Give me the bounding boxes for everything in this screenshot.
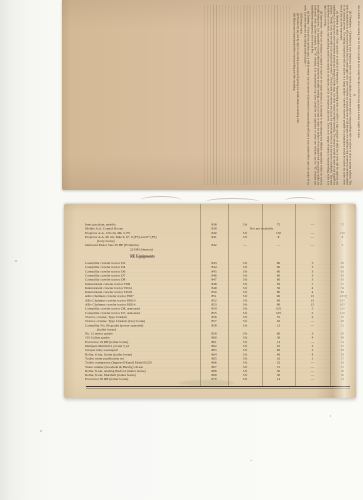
dust-speck	[15, 260, 17, 262]
dust-speck	[250, 460, 252, 461]
paper-crease	[285, 197, 315, 204]
page-8-lighting-shade	[62, 0, 363, 190]
page-8: that a vehicle, when wading, has not onl…	[62, 0, 363, 190]
page-12: Inert gas plant, mobile8383 ft75—75Mobil…	[64, 204, 356, 398]
dust-speck	[40, 430, 42, 432]
page-12-fold-shade	[64, 204, 356, 398]
scanned-booklet-photo: that a vehicle, when wading, has not onl…	[0, 0, 363, 500]
dust-speck	[330, 415, 331, 417]
